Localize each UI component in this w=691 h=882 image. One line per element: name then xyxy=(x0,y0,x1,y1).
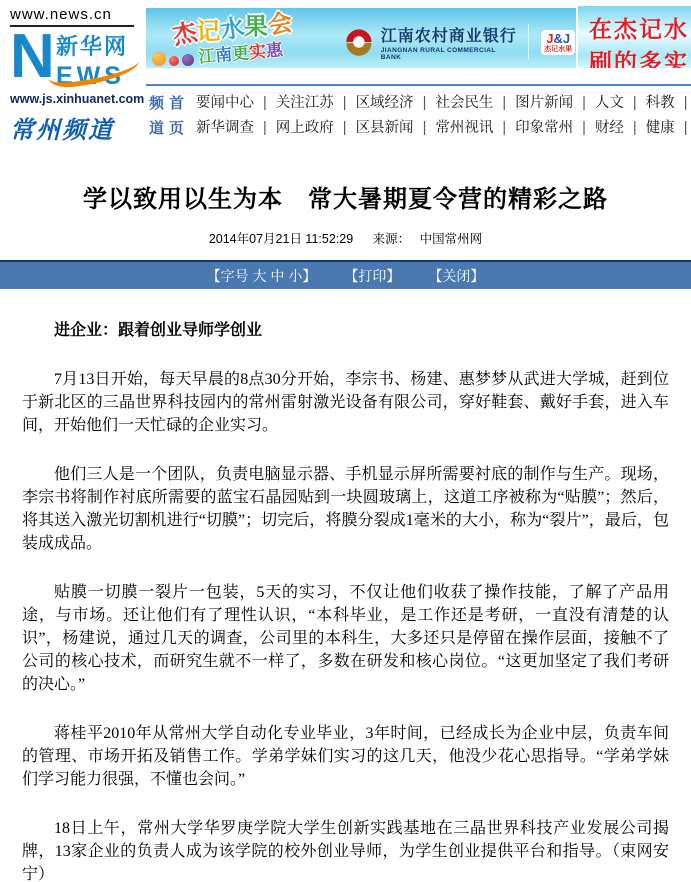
article-main: 学以致用以生为本 常大暑期夏令营的精彩之路 2014年07月21日 11:52:… xyxy=(0,179,691,882)
channel-home-row1[interactable]: 频首 xyxy=(146,91,192,116)
channel-home-row2[interactable]: 道页 xyxy=(146,116,192,141)
nav-item-kejiao[interactable]: 科教 xyxy=(624,91,675,116)
cherry-icon xyxy=(169,56,179,66)
source-label: 来源： xyxy=(373,232,411,246)
nav-item-xinhua-diaocha[interactable]: 新华调查 xyxy=(192,116,254,141)
nav-item-tupian-xinwen[interactable]: 图片新闻 xyxy=(493,91,573,116)
site-logo[interactable]: www.news.cn N 新华网 EWS www.js.xinhuanet.c… xyxy=(10,6,142,145)
bank-lockup: 江南农村商业银行 JIANGNAN RURAL COMMERCIAL BANK … xyxy=(344,23,576,61)
jj-fruit-logo: J&J 杰记水果 xyxy=(540,29,576,56)
nav-item-jiankang[interactable]: 健康 xyxy=(624,116,675,141)
nav-item-quxian-xinwen[interactable]: 区县新闻 xyxy=(334,116,414,141)
nav-item-shehui-minsheng[interactable]: 社会民生 xyxy=(414,91,494,116)
article-paragraph: 7月13日开始，每天早晨的8点30分开始，李宗书、杨建、惠梦梦从武进大学城，赶到… xyxy=(22,368,669,437)
fruit-banner-ad[interactable]: 杰记水果会 江南更实惠 江南农村商业银行 JIANGNAN RURAL COMM… xyxy=(146,8,576,68)
channel-home-link[interactable]: 频首 道页 xyxy=(146,91,192,141)
fruit-graphics xyxy=(152,52,194,66)
publish-date: 2014年07月21日 11:52:29 xyxy=(209,232,353,246)
article-body: 进企业：跟着创业导师学创业 7月13日开始，每天早晨的8点30分开始，李宗书、杨… xyxy=(22,319,669,882)
orange-icon xyxy=(152,52,166,66)
xinhuanet-logo: N 新华网 EWS xyxy=(10,30,142,90)
channel-name[interactable]: 常州频道 xyxy=(10,110,142,145)
nav-item-yaowen[interactable]: 要闻中心 xyxy=(192,91,254,116)
nav-item-changzhou-shixun[interactable]: 常州视讯 xyxy=(414,116,494,141)
nav-item-lvyou[interactable]: 旅 xyxy=(675,91,691,116)
nav-item-wangshang-zhengfu[interactable]: 网上政府 xyxy=(254,116,334,141)
divider xyxy=(528,24,529,60)
banner-char: 惠 xyxy=(265,35,284,61)
regional-site-url[interactable]: www.js.xinhuanet.com xyxy=(10,92,142,106)
nav-row-2: 新华调查 网上政府 区县新闻 常州视讯 印象常州 财经 健康 兴 xyxy=(192,116,691,141)
nav-item-quyu-jingji[interactable]: 区域经济 xyxy=(334,91,414,116)
article-paragraph: 他们三人是一个团队，负责电脑显示器、手机显示屏所需要衬底的制作与生产。现场，李宗… xyxy=(22,463,669,555)
main-nav: 频首 道页 要闻中心 关注江苏 区域经济 社会民生 图片新闻 人文 科教 旅 xyxy=(146,84,691,144)
close-button[interactable]: 【关闭】 xyxy=(428,266,484,286)
nav-item-guanzhu-jiangsu[interactable]: 关注江苏 xyxy=(254,91,334,116)
source-name[interactable]: 中国常州网 xyxy=(420,232,483,246)
article-title: 学以致用以生为本 常大暑期夏令营的精彩之路 xyxy=(28,179,663,214)
banner-char: 江 xyxy=(197,41,216,67)
bank-logo-icon xyxy=(344,27,374,57)
section-heading: 进企业：跟着创业导师学创业 xyxy=(22,319,669,342)
news-article-page: www.news.cn N 新华网 EWS www.js.xinhuanet.c… xyxy=(0,0,691,882)
bank-name: 江南农村商业银行 xyxy=(381,23,517,46)
article-dateline: 2014年07月21日 11:52:29 来源： 中国常州网 xyxy=(0,229,691,247)
font-size-control[interactable]: 【字号 大 中 小】 xyxy=(207,266,317,286)
article-paragraph: 18日上午，常州大学华罗庚学院大学生创新实践基地在三晶世界科技产业发展公司揭牌，… xyxy=(22,817,669,882)
banner-char: 实 xyxy=(248,37,267,63)
article-toolbar: 【字号 大 中 小】 【打印】 【关闭】 xyxy=(0,262,691,289)
article-paragraph: 贴膜一切膜一裂片一包装，5天的实习，不仅让他们收获了操作技能，了解了产品用途，与… xyxy=(22,581,669,696)
nav-item-yinxiang-changzhou[interactable]: 印象常州 xyxy=(493,116,573,141)
bank-name-english: JIANGNAN RURAL COMMERCIAL BANK xyxy=(381,47,517,61)
jj-logo-andj: &J xyxy=(553,31,570,46)
jj-logo-icon: J&J xyxy=(541,32,575,46)
banner-char: 更 xyxy=(231,38,250,64)
jj-caption: 杰记水果 xyxy=(541,46,575,54)
site-header: www.news.cn N 新华网 EWS www.js.xinhuanet.c… xyxy=(0,0,691,145)
right-ad-line1: 在杰记水 xyxy=(578,11,691,44)
nav-item-renwen[interactable]: 人文 xyxy=(573,91,624,116)
print-button[interactable]: 【打印】 xyxy=(344,266,400,286)
plum-icon xyxy=(182,54,194,66)
nav-row-1: 要闻中心 关注江苏 区域经济 社会民生 图片新闻 人文 科教 旅 xyxy=(192,91,691,116)
banner-char: 南 xyxy=(214,40,233,66)
right-ad-line2: 刷的多实 xyxy=(578,44,691,68)
article-paragraph: 蒋桂平2010年从常州大学自动化专业毕业，3年时间，已经成长为企业中层，负责车间… xyxy=(22,722,669,791)
nav-item-caijing[interactable]: 财经 xyxy=(573,116,624,141)
right-banner-ad[interactable]: 在杰记水 刷的多实 xyxy=(578,6,691,68)
nav-item-clipped[interactable]: 兴 xyxy=(675,116,691,141)
